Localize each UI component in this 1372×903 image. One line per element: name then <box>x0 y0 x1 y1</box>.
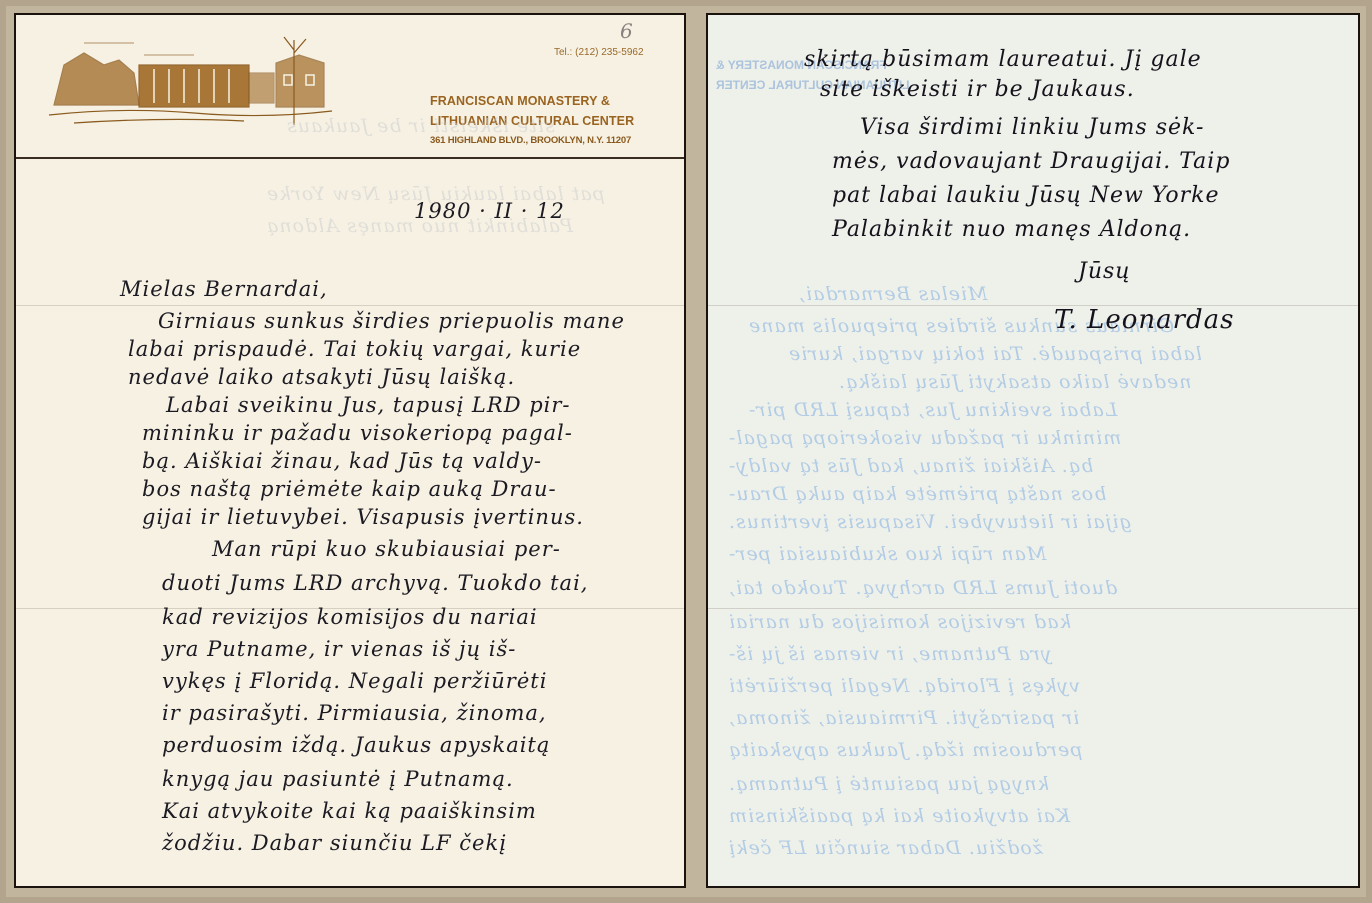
bleed-through-text: Mielas Bernardai, <box>798 283 988 305</box>
bleed-through-text: bą. Aiškiai žinau, kad Jūs tą valdy- <box>728 455 1093 477</box>
page-number: 6 <box>620 19 633 43</box>
bleed-through-text: yra Putname, ir vienas iš jų iš- <box>728 643 1052 665</box>
letter-line: labai prispaudė. Tai tokių vargai, kurie <box>128 337 581 361</box>
letter-line: Man rūpi kuo skubiausiai per- <box>212 537 561 561</box>
letterhead-telephone: Tel.: (212) 235-5962 <box>554 47 644 58</box>
paper-fold <box>16 305 684 306</box>
letter-line: skirtą būsimam laureatui. Jį gale <box>804 47 1202 72</box>
bleed-through-text: vykęs į Floridą. Negali peržiūrėti <box>728 675 1080 697</box>
paper-fold <box>708 608 1358 609</box>
letter-closing: Jūsų <box>1078 259 1130 284</box>
letter-line: pat labai laukiu Jūsų New Yorke <box>832 183 1220 208</box>
paper-fold <box>708 305 1358 306</box>
bleed-through-text: Man rūpi kuo skubiausiai per- <box>728 543 1046 565</box>
bleed-through-text: ir pasirašyti. Pirmiausia, žinoma, <box>728 707 1079 729</box>
letter-line: Kai atvykoite kai ką paaiškinsim <box>162 799 537 823</box>
bleed-through-text: knygą jau pasiuntė į Putnamą. <box>728 773 1049 795</box>
letter-line: bos naštą priėmėte kaip auką Drau- <box>142 477 557 501</box>
letter-line: kad revizijos komisijos du nariai <box>162 605 538 629</box>
letter-salutation: Mielas Bernardai, <box>120 277 328 301</box>
bleed-through-text: mininku ir pažadu visokeriopą pagal- <box>728 427 1121 449</box>
bleed-through-text: Kai atvykoite kai ką paaiškinsim <box>728 805 1070 827</box>
letterhead-org-line1: FRANCISCAN MONASTERY & <box>430 91 634 111</box>
letter-line: nedavė laiko atsakyti Jūsų laišką. <box>128 365 515 389</box>
letter-line: mininku ir pažadu visokeriopą pagal- <box>142 421 573 445</box>
letter-line: Palabinkit nuo manęs Aldoną. <box>832 217 1191 242</box>
letter-line: knygą jau pasiuntė į Putnamą. <box>162 767 514 791</box>
letter-line: mės, vadovaujant Draugijai. Taip <box>832 149 1230 174</box>
letterhead-divider <box>16 157 684 159</box>
bleed-through-text: site iškeisti ir be Jaukaus <box>286 115 555 137</box>
letter-line: Labai sveikinu Jus, tapusį LRD pir- <box>166 393 571 417</box>
bleed-through-text: labai prispaudė. Tai tokių vargai, kurie <box>788 343 1202 365</box>
letter-line: perduosim iždą. Jaukus apyskaitą <box>162 733 550 757</box>
letter-date: 1980 · II · 12 <box>414 199 565 223</box>
letter-line: duoti Jums LRD archyvą. Tuokdo tai, <box>162 571 588 595</box>
letter-line: gijai ir lietuvybei. Visapusis įvertinus… <box>142 505 584 529</box>
letter-line: ir pasirašyti. Pirmiausia, žinoma, <box>162 701 547 725</box>
bleed-through-text: bos naštą priėmėte kaip auką Drau- <box>728 483 1106 505</box>
bleed-through-text: kad revizijos komisijos du nariai <box>728 611 1071 633</box>
letter-line: žodžiu. Dabar siunčiu LF čekį <box>162 831 507 855</box>
letter-line: Visa širdimi linkiu Jums sėk- <box>860 115 1204 140</box>
letter-line: vykęs į Floridą. Negali peržiūrėti <box>162 669 547 693</box>
letter-line: site iškeisti ir be Jaukaus. <box>820 77 1135 102</box>
bleed-through-text: perduosim iždą. Jaukus apyskaitą <box>728 739 1082 761</box>
letter-line: Girniaus sunkus širdies priepuolis mane <box>158 309 625 333</box>
letter-page-1: 6 Tel.: (212) 235-5962 FRANCISCAN MONAST… <box>14 13 686 888</box>
letter-page-2: FRANCISCAN MONASTERY & LITHUANIAN CULTUR… <box>706 13 1360 888</box>
letter-signature: T. Leonardas <box>1054 305 1235 335</box>
letter-line: yra Putname, ir vienas iš jų iš- <box>162 637 516 661</box>
bleed-through-text: duoti Jums LRD archyvą. Tuokdo tai, <box>728 577 1117 599</box>
bleed-through-text: Labai sveikinu Jus, tapusį LRD pir- <box>748 399 1117 421</box>
bleed-through-text: gijai ir lietuvybei. Visapusis įvertinus… <box>728 511 1132 533</box>
bleed-through-text: žodžiu. Dabar siunčiu LF čekį <box>728 837 1043 859</box>
monastery-building-illustration <box>44 35 334 125</box>
letter-line: bą. Aiškiai žinau, kad Jūs tą valdy- <box>142 449 542 473</box>
bleed-through-text: nedavė laiko atsakyti Jūsų laišką. <box>838 371 1192 393</box>
